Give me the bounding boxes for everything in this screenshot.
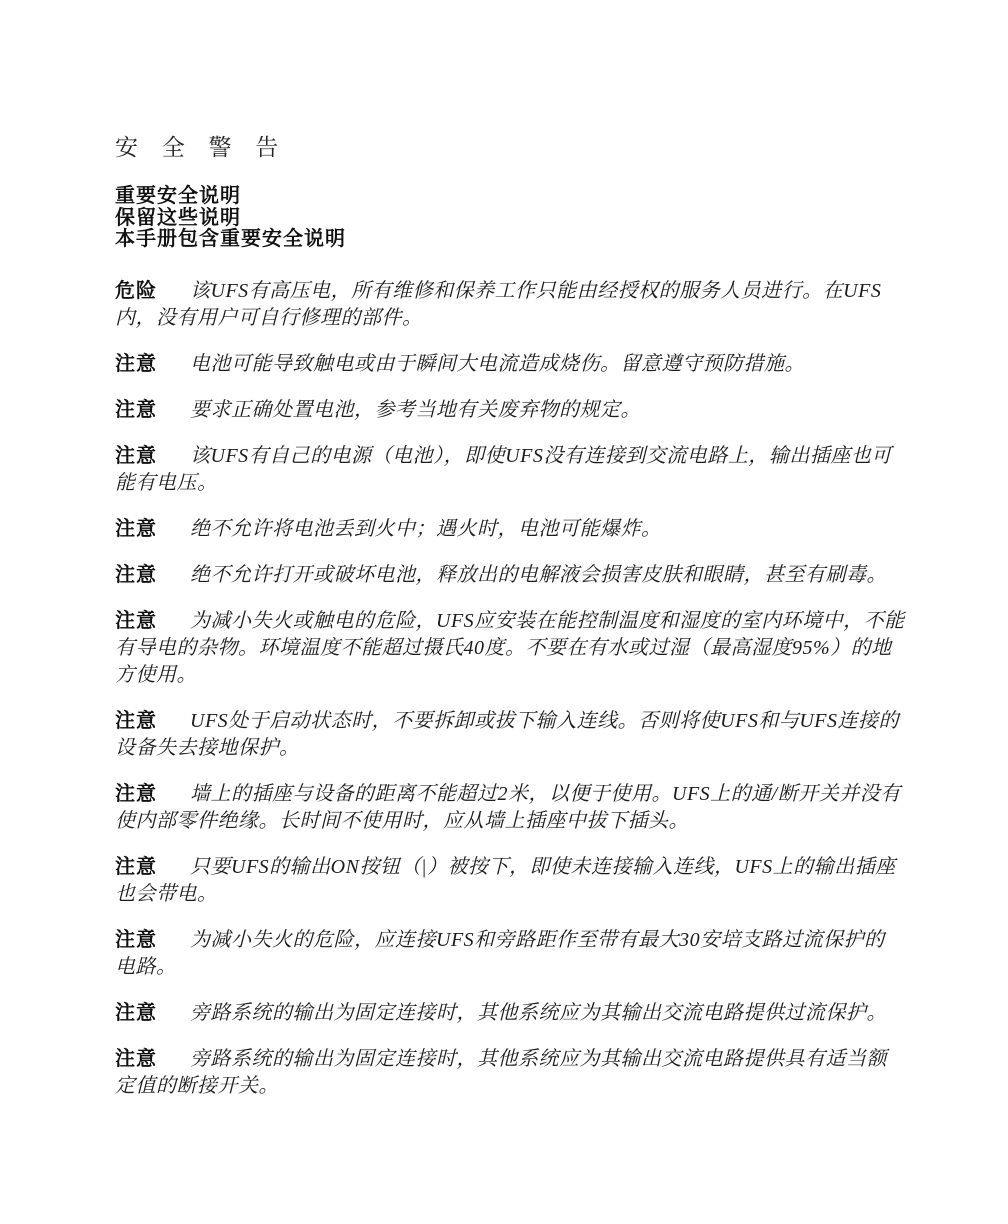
warning-text: 该UFS有高压电，所有维修和保养工作只能由经授权的服务人员进行。在UFS内，没有… <box>115 280 881 329</box>
warning-text: 为减小失火或触电的危险，UFS应安装在能控制温度和湿度的室内环境中，不能有导电的… <box>115 610 905 686</box>
warning-label: 注意 <box>115 353 157 375</box>
warning-label: 注意 <box>115 1002 157 1024</box>
warning-text: 为减小失火的危险，应连接UFS和旁路距作至带有最大30安培支路过流保护的电路。 <box>115 929 885 978</box>
warning-paragraph: 注意旁路系统的输出为固定连接时，其他系统应为其输出交流电路提供具有适当额定值的断… <box>115 1046 905 1100</box>
warning-paragraph: 注意只要UFS的输出ON按钮（|）被按下，即使未连接输入连线，UFS上的输出插座… <box>115 854 905 908</box>
warning-label: 注意 <box>115 856 157 878</box>
scanned-manual-page: 安 全 警 告 重要安全说明 保留这些说明 本手册包含重要安全说明 危险该UFS… <box>0 0 1008 1224</box>
header-line-manual-contains: 本手册包含重要安全说明 <box>115 229 905 251</box>
page-title: 安 全 警 告 <box>115 136 905 160</box>
warning-paragraph: 注意绝不允许打开或破坏电池，释放出的电解液会损害皮肤和眼睛，甚至有刷毒。 <box>115 562 905 589</box>
warning-paragraph: 注意该UFS有自己的电源（电池），即使UFS没有连接到交流电路上，输出插座也可能… <box>115 443 905 497</box>
warning-label: 危险 <box>115 280 157 302</box>
warning-label: 注意 <box>115 518 157 540</box>
warning-paragraph: 注意墙上的插座与设备的距离不能超过2米，以便于使用。UFS上的通/断开关并没有使… <box>115 781 905 835</box>
header-line-keep-instructions: 保留这些说明 <box>115 208 905 230</box>
warning-paragraph: 注意要求正确处置电池，参考当地有关废弃物的规定。 <box>115 397 905 424</box>
warning-text: 旁路系统的输出为固定连接时，其他系统应为其输出交流电路提供过流保护。 <box>190 1002 887 1024</box>
warning-label: 注意 <box>115 710 157 732</box>
warning-label: 注意 <box>115 445 157 467</box>
warning-paragraph: 注意电池可能导致触电或由于瞬间大电流造成烧伤。留意遵守预防措施。 <box>115 351 905 378</box>
warning-text: 只要UFS的输出ON按钮（|）被按下，即使未连接输入连线，UFS上的输出插座也会… <box>115 856 896 905</box>
warning-text: 绝不允许打开或破坏电池，释放出的电解液会损害皮肤和眼睛，甚至有刷毒。 <box>190 564 887 586</box>
warning-label: 注意 <box>115 929 157 951</box>
warning-text: 该UFS有自己的电源（电池），即使UFS没有连接到交流电路上，输出插座也可能有电… <box>115 445 892 494</box>
warning-paragraph: 注意UFS处于启动状态时，不要拆卸或拔下输入连线。否则将使UFS和与UFS连接的… <box>115 708 905 762</box>
warning-text: 绝不允许将电池丢到火中；遇火时，电池可能爆炸。 <box>190 518 662 540</box>
warning-paragraph: 注意旁路系统的输出为固定连接时，其他系统应为其输出交流电路提供过流保护。 <box>115 1000 905 1027</box>
warning-paragraph: 注意为减小失火或触电的危险，UFS应安装在能控制温度和湿度的室内环境中，不能有导… <box>115 608 905 689</box>
warning-label: 注意 <box>115 564 157 586</box>
warning-label: 注意 <box>115 1048 157 1070</box>
warnings-list: 危险该UFS有高压电，所有维修和保养工作只能由经授权的服务人员进行。在UFS内，… <box>115 278 905 1100</box>
warning-text: 要求正确处置电池，参考当地有关废弃物的规定。 <box>190 399 641 421</box>
warning-paragraph: 危险该UFS有高压电，所有维修和保养工作只能由经授权的服务人员进行。在UFS内，… <box>115 278 905 332</box>
important-instructions-header: 重要安全说明 保留这些说明 本手册包含重要安全说明 <box>115 186 905 251</box>
warning-paragraph: 注意绝不允许将电池丢到火中；遇火时，电池可能爆炸。 <box>115 516 905 543</box>
header-line-important-safety: 重要安全说明 <box>115 186 905 208</box>
warning-label: 注意 <box>115 783 157 805</box>
warning-label: 注意 <box>115 610 157 632</box>
warning-label: 注意 <box>115 399 157 421</box>
warning-paragraph: 注意为减小失火的危险，应连接UFS和旁路距作至带有最大30安培支路过流保护的电路… <box>115 927 905 981</box>
warning-text: 旁路系统的输出为固定连接时，其他系统应为其输出交流电路提供具有适当额定值的断接开… <box>115 1048 887 1097</box>
warning-text: UFS处于启动状态时，不要拆卸或拔下输入连线。否则将使UFS和与UFS连接的设备… <box>115 710 899 759</box>
warning-text: 电池可能导致触电或由于瞬间大电流造成烧伤。留意遵守预防措施。 <box>190 353 805 375</box>
warning-text: 墙上的插座与设备的距离不能超过2米，以便于使用。UFS上的通/断开关并没有使内部… <box>115 783 901 832</box>
